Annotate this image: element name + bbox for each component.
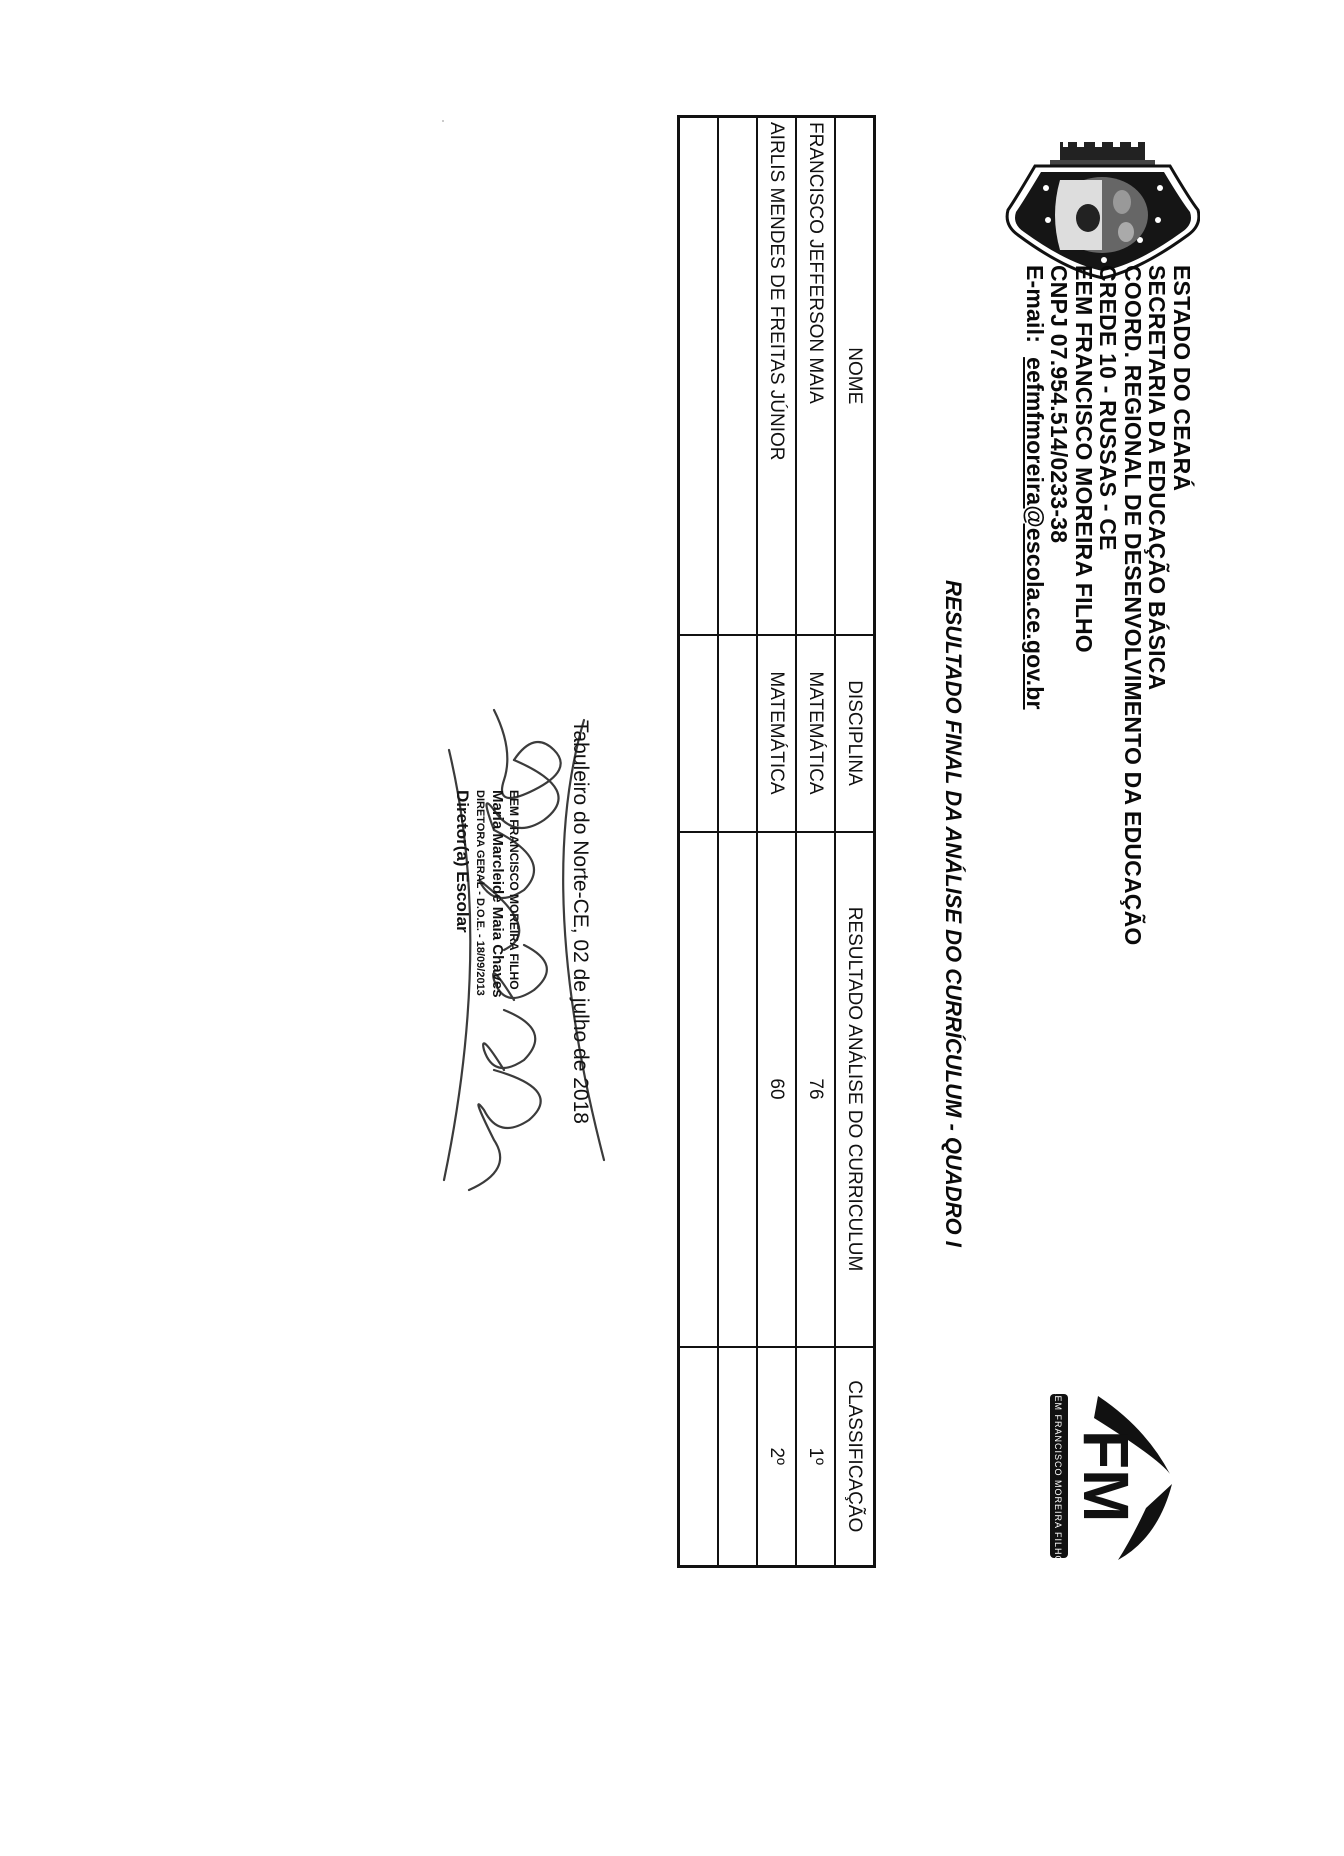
stamp-school: EEM FRANCISCO MOREIRA FILHO xyxy=(506,790,522,1050)
column-header-nome: NOME xyxy=(835,117,875,635)
cell-classificacao xyxy=(718,1347,757,1567)
table-row: FRANCISCO JEFFERSON MAIA MATEMÁTICA 76 1… xyxy=(796,117,835,1567)
column-header-classificacao: CLASSIFICAÇÃO xyxy=(835,1347,875,1567)
cell-classificacao: 1º xyxy=(796,1347,835,1567)
date-location-line: Tabuleiro do Norte-CE, 02 de julho de 20… xyxy=(568,720,592,1124)
fm-school-logo-icon: FM EEM FRANCISCO MOREIRA FILHO xyxy=(1044,1388,1176,1564)
cell-nome: AIRLIS MENDES DE FREITAS JÚNIOR xyxy=(757,117,796,635)
cell-classificacao xyxy=(679,1347,719,1567)
email-label: E-mail: xyxy=(1023,265,1048,343)
column-header-disciplina: DISCIPLINA xyxy=(835,635,875,832)
email-link[interactable]: eefmfmoreira@escola.ce.gov.br xyxy=(1023,357,1048,710)
stamp-title: Diretor(a) Escolar xyxy=(452,790,472,1050)
cell-disciplina xyxy=(679,635,719,832)
header-state: ESTADO DO CEARÁ xyxy=(1170,265,1195,1025)
header-crede: CREDE 10 - RUSSAS - CE xyxy=(1096,265,1121,1025)
cell-classificacao: 2º xyxy=(757,1347,796,1567)
header-secretariat: SECRETARIA DA EDUCAÇÃO BÁSICA xyxy=(1145,265,1170,1025)
cell-resultado xyxy=(718,832,757,1347)
cell-nome: FRANCISCO JEFFERSON MAIA xyxy=(796,117,835,635)
header-school: EEM FRANCISCO MOREIRA FILHO xyxy=(1072,265,1097,1025)
svg-text:EEM FRANCISCO MOREIRA FILHO: EEM FRANCISCO MOREIRA FILHO xyxy=(1053,1388,1063,1563)
state-coat-of-arms-icon xyxy=(1005,140,1200,280)
document-page: ESTADO DO CEARÁ SECRETARIA DA EDUCAÇÃO B… xyxy=(0,0,1344,1856)
table-header-row: NOME DISCIPLINA RESULTADO ANÁLISE DO CUR… xyxy=(835,117,875,1567)
cell-resultado: 76 xyxy=(796,832,835,1347)
institution-header: ESTADO DO CEARÁ SECRETARIA DA EDUCAÇÃO B… xyxy=(1023,265,1195,1025)
cell-disciplina: MATEMÁTICA xyxy=(796,635,835,832)
director-stamp: EEM FRANCISCO MOREIRA FILHO Maria Marcle… xyxy=(452,790,522,1050)
svg-text:FM: FM xyxy=(1070,1430,1142,1522)
table-row xyxy=(679,117,719,1567)
cell-disciplina xyxy=(718,635,757,832)
header-coordination: COORD. REGIONAL DE DESENVOLVIMENTO DA ED… xyxy=(1121,265,1146,1025)
cell-resultado: 60 xyxy=(757,832,796,1347)
cell-disciplina: MATEMÁTICA xyxy=(757,635,796,832)
header-cnpj: CNPJ 07.954.514/0233-38 xyxy=(1047,265,1072,1025)
handwritten-signature-icon xyxy=(414,690,644,1210)
column-header-resultado: RESULTADO ANÁLISE DO CURRICULUM xyxy=(835,832,875,1347)
cell-nome xyxy=(718,117,757,635)
results-table: NOME DISCIPLINA RESULTADO ANÁLISE DO CUR… xyxy=(677,115,876,1568)
header-email-row: E-mail: eefmfmoreira@escola.ce.gov.br xyxy=(1023,265,1048,1025)
document-title: RESULTADO FINAL DA ANÁLISE DO CURRÍCULUM… xyxy=(940,580,966,1247)
cell-nome xyxy=(679,117,719,635)
stamp-name: Maria Marcleide Maia Chaves xyxy=(488,790,506,1050)
table-row: AIRLIS MENDES DE FREITAS JÚNIOR MATEMÁTI… xyxy=(757,117,796,1567)
stamp-role: DIRETORA GERAL - D.O.E. - 18/09/2013 xyxy=(472,790,488,1050)
table-row xyxy=(718,117,757,1567)
cell-resultado xyxy=(679,832,719,1347)
scan-speck xyxy=(442,120,444,122)
